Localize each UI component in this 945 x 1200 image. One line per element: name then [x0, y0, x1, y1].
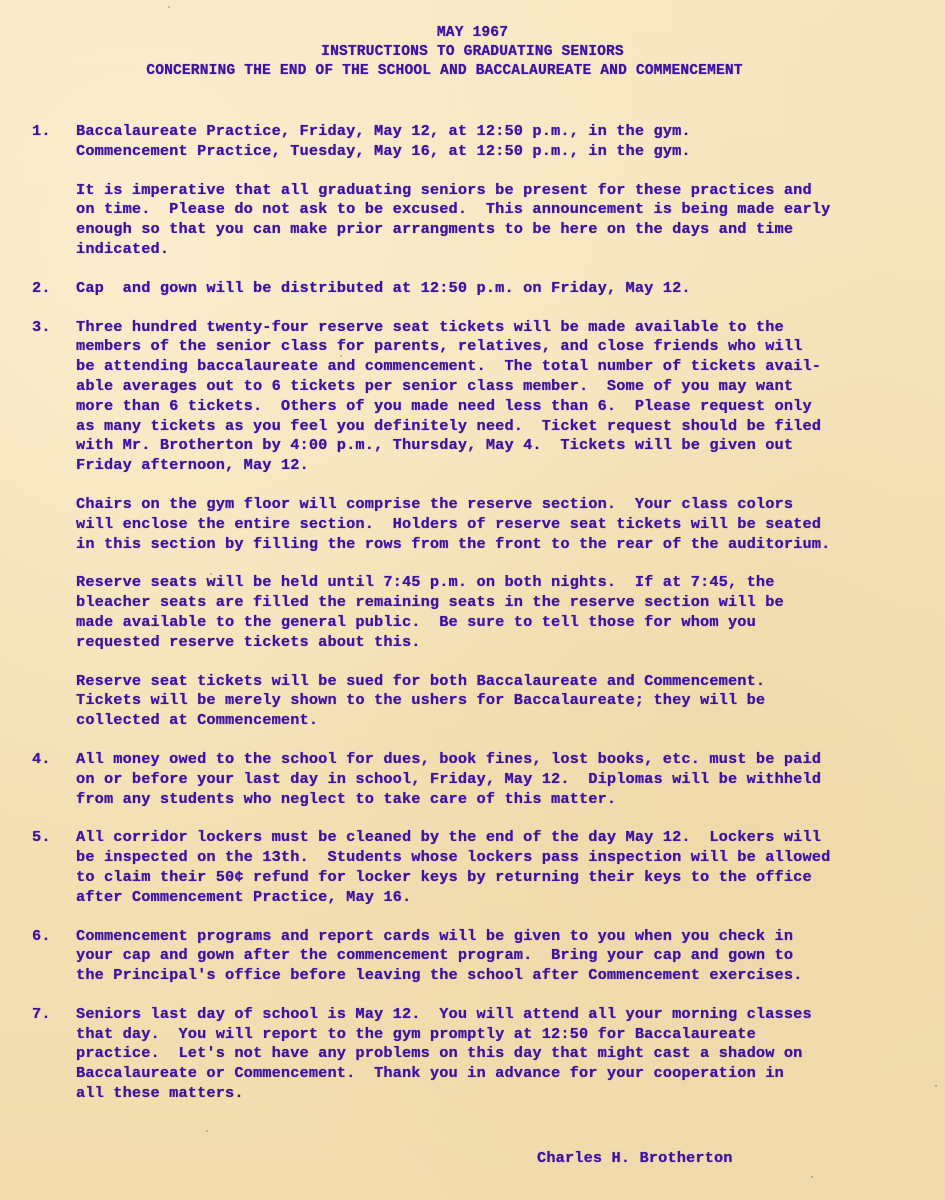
text-line: Seniors last day of school is May 12. Yo… — [76, 1005, 922, 1025]
paper-speck — [168, 6, 170, 8]
text-line: members of the senior class for parents,… — [76, 337, 922, 357]
text-line: Chairs on the gym floor will comprise th… — [76, 495, 922, 515]
item-paragraph: Chairs on the gym floor will comprise th… — [76, 495, 922, 554]
text-line: All corridor lockers must be cleaned by … — [76, 828, 922, 848]
signature: Charles H. Brotherton — [537, 1148, 733, 1168]
text-line: that day. You will report to the gym pro… — [76, 1025, 922, 1045]
item-paragraph: Seniors last day of school is May 12. Yo… — [76, 1005, 922, 1104]
text-line: all these matters. — [76, 1084, 922, 1104]
text-line: indicated. — [76, 240, 922, 260]
paper-speck — [811, 1176, 813, 1178]
item-paragraph: Commencement programs and report cards w… — [76, 927, 922, 986]
instruction-item: 5.All corridor lockers must be cleaned b… — [32, 828, 922, 907]
text-line: Baccalaureate Practice, Friday, May 12, … — [76, 122, 922, 142]
item-number: 6. — [32, 927, 72, 947]
text-line: Cap and gown will be distributed at 12:5… — [76, 279, 922, 299]
text-line: in this section by filling the rows from… — [76, 535, 922, 555]
document-header: MAY 1967 INSTRUCTIONS TO GRADUATING SENI… — [0, 24, 945, 81]
document-date: MAY 1967 — [0, 24, 945, 43]
item-paragraph: All corridor lockers must be cleaned by … — [76, 828, 922, 907]
text-line: the Principal's office before leaving th… — [76, 966, 922, 986]
text-line: Baccalaureate or Commencement. Thank you… — [76, 1064, 922, 1084]
text-line: collected at Commencement. — [76, 711, 922, 731]
text-line: more than 6 tickets. Others of you made … — [76, 397, 922, 417]
text-line: as many tickets as you feel you definite… — [76, 417, 922, 437]
text-line: to claim their 50¢ refund for locker key… — [76, 868, 922, 888]
text-line: on or before your last day in school, Fr… — [76, 770, 922, 790]
instruction-item: 3.Three hundred twenty-four reserve seat… — [32, 318, 922, 731]
text-line: All money owed to the school for dues, b… — [76, 750, 922, 770]
typewritten-document: MAY 1967 INSTRUCTIONS TO GRADUATING SENI… — [0, 0, 945, 1200]
item-paragraph: All money owed to the school for dues, b… — [76, 750, 922, 809]
text-line: after Commencement Practice, May 16. — [76, 888, 922, 908]
instruction-list: 1.Baccalaureate Practice, Friday, May 12… — [32, 122, 922, 1123]
text-line: It is imperative that all graduating sen… — [76, 181, 922, 201]
text-line: on time. Please do not ask to be excused… — [76, 200, 922, 220]
instruction-item: 4.All money owed to the school for dues,… — [32, 750, 922, 809]
text-line: requested reserve tickets about this. — [76, 633, 922, 653]
item-paragraph: Reserve seats will be held until 7:45 p.… — [76, 573, 922, 652]
item-paragraph: Cap and gown will be distributed at 12:5… — [76, 279, 922, 299]
item-paragraph: It is imperative that all graduating sen… — [76, 181, 922, 260]
item-number: 7. — [32, 1005, 72, 1025]
paper-speck — [340, 355, 342, 357]
text-line: practice. Let's not have any problems on… — [76, 1044, 922, 1064]
text-line: made available to the general public. Be… — [76, 613, 922, 633]
text-line: be attending baccalaureate and commencem… — [76, 357, 922, 377]
text-line: with Mr. Brotherton by 4:00 p.m., Thursd… — [76, 436, 922, 456]
paper-speck — [206, 1130, 208, 1132]
document-subtitle: CONCERNING THE END OF THE SCHOOL AND BAC… — [0, 62, 917, 81]
text-line: from any students who neglect to take ca… — [76, 790, 922, 810]
instruction-item: 7.Seniors last day of school is May 12. … — [32, 1005, 922, 1104]
text-line: bleacher seats are filled the remaining … — [76, 593, 922, 613]
text-line: Commencement Practice, Tuesday, May 16, … — [76, 142, 922, 162]
text-line: Tickets will be merely shown to the ushe… — [76, 691, 922, 711]
text-line: be inspected on the 13th. Students whose… — [76, 848, 922, 868]
item-paragraph: Three hundred twenty-four reserve seat t… — [76, 318, 922, 476]
item-number: 5. — [32, 828, 72, 848]
text-line: will enclose the entire section. Holders… — [76, 515, 922, 535]
text-line: enough so that you can make prior arrang… — [76, 220, 922, 240]
item-number: 4. — [32, 750, 72, 770]
item-number: 3. — [32, 318, 72, 338]
text-line: Three hundred twenty-four reserve seat t… — [76, 318, 922, 338]
paper-speck — [935, 1085, 937, 1087]
item-paragraph: Baccalaureate Practice, Friday, May 12, … — [76, 122, 922, 162]
instruction-item: 6.Commencement programs and report cards… — [32, 927, 922, 986]
text-line: your cap and gown after the commencement… — [76, 946, 922, 966]
item-number: 1. — [32, 122, 72, 142]
paper-speck — [210, 573, 212, 575]
text-line: Friday afternoon, May 12. — [76, 456, 922, 476]
text-line: able averages out to 6 tickets per senio… — [76, 377, 922, 397]
text-line: Reserve seats will be held until 7:45 p.… — [76, 573, 922, 593]
item-paragraph: Reserve seat tickets will be sued for bo… — [76, 672, 922, 731]
instruction-item: 2.Cap and gown will be distributed at 12… — [32, 279, 922, 299]
text-line: Commencement programs and report cards w… — [76, 927, 922, 947]
instruction-item: 1.Baccalaureate Practice, Friday, May 12… — [32, 122, 922, 260]
text-line: Reserve seat tickets will be sued for bo… — [76, 672, 922, 692]
document-title: INSTRUCTIONS TO GRADUATING SENIORS — [0, 43, 945, 62]
item-number: 2. — [32, 279, 72, 299]
